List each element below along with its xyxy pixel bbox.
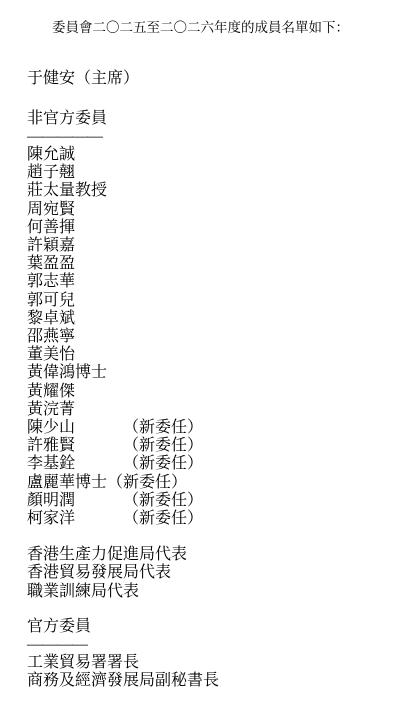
- member-row: 陳少山 （新委任）: [27, 419, 374, 437]
- non-official-member-list: 陳允誠 趙子翹 莊太量教授 周宛賢: [27, 146, 374, 528]
- official-member-row: 工業貿易署署長: [27, 654, 374, 672]
- member-new-appointment-note: （新委任）: [123, 455, 203, 473]
- member-row: 郭志華: [27, 273, 374, 291]
- member-name: 黎卓斌: [27, 310, 123, 328]
- member-name: 盧麗華博士: [27, 474, 107, 492]
- member-row: 黎卓斌: [27, 310, 374, 328]
- member-name: 黃偉鴻博士: [27, 364, 123, 382]
- member-new-appointment-note: （新委任）: [123, 419, 203, 437]
- member-name: 黃浣菁: [27, 401, 123, 419]
- non-official-divider: —————: [27, 128, 374, 146]
- member-name: 顏明潤: [27, 492, 123, 510]
- official-heading: 官方委員: [27, 618, 374, 636]
- member-name: 陳允誠: [27, 146, 123, 164]
- member-row: 董美怡: [27, 346, 374, 364]
- member-name: 郭志華: [27, 273, 123, 291]
- member-row: 許雅賢 （新委任）: [27, 437, 374, 455]
- representative-row: 職業訓練局代表: [27, 583, 374, 601]
- member-name: 莊太量教授: [27, 182, 123, 200]
- member-row: 許穎嘉: [27, 237, 374, 255]
- member-name: 郭可兒: [27, 292, 123, 310]
- non-official-section: 非官方委員 ————— 陳允誠 趙子翹 莊太量教授: [27, 110, 374, 601]
- member-row: 黃偉鴻博士: [27, 364, 374, 382]
- member-name: 趙子翹: [27, 164, 123, 182]
- non-official-heading: 非官方委員: [27, 110, 374, 128]
- chairman-line: 于健安（主席）: [27, 70, 374, 88]
- member-name: 何善揮: [27, 219, 123, 237]
- member-row: 邵燕寧: [27, 328, 374, 346]
- member-name: 董美怡: [27, 346, 123, 364]
- member-row: 周宛賢: [27, 201, 374, 219]
- member-name: 葉盈盈: [27, 255, 123, 273]
- member-name: 黃耀傑: [27, 383, 123, 401]
- official-section: 官方委員 ———— 工業貿易署署長 商務及經濟發展局副秘書長: [27, 618, 374, 690]
- member-row: 黃浣菁: [27, 401, 374, 419]
- organisation-representative-list: 香港生產力促進局代表 香港貿易發展局代表 職業訓練局代表: [27, 546, 374, 601]
- member-row: 黃耀傑: [27, 383, 374, 401]
- member-row: 趙子翹: [27, 164, 374, 182]
- official-divider: ————: [27, 636, 374, 654]
- member-row: 顏明潤 （新委任）: [27, 492, 374, 510]
- member-row: 郭可兒: [27, 292, 374, 310]
- member-row: 李基銓 （新委任）: [27, 455, 374, 473]
- member-name: 周宛賢: [27, 201, 123, 219]
- member-name: 李基銓: [27, 455, 123, 473]
- member-name: 許穎嘉: [27, 237, 123, 255]
- member-new-appointment-note: （新委任）: [123, 492, 203, 510]
- representative-row: 香港貿易發展局代表: [27, 564, 374, 582]
- member-name: 邵燕寧: [27, 328, 123, 346]
- member-row: 柯家洋 （新委任）: [27, 510, 374, 528]
- representative-row: 香港生產力促進局代表: [27, 546, 374, 564]
- member-new-appointment-note: （新委任）: [123, 510, 203, 528]
- member-new-appointment-note: （新委任）: [123, 437, 203, 455]
- member-name: 許雅賢: [27, 437, 123, 455]
- member-new-appointment-note: （新委任）: [107, 474, 187, 492]
- document-page: 委員會二〇二五至二〇二六年度的成員名單如下： 于健安（主席） 非官方委員 ———…: [0, 0, 394, 714]
- member-row: 盧麗華博士 （新委任）: [27, 474, 374, 492]
- member-row: 葉盈盈: [27, 255, 374, 273]
- member-name: 柯家洋: [27, 510, 123, 528]
- member-row: 陳允誠: [27, 146, 374, 164]
- page-title: 委員會二〇二五至二〇二六年度的成員名單如下：: [27, 20, 374, 36]
- member-name: 陳少山: [27, 419, 123, 437]
- member-row: 何善揮: [27, 219, 374, 237]
- member-row: 莊太量教授: [27, 182, 374, 200]
- official-member-row: 商務及經濟發展局副秘書長: [27, 672, 374, 690]
- official-member-list: 工業貿易署署長 商務及經濟發展局副秘書長: [27, 654, 374, 690]
